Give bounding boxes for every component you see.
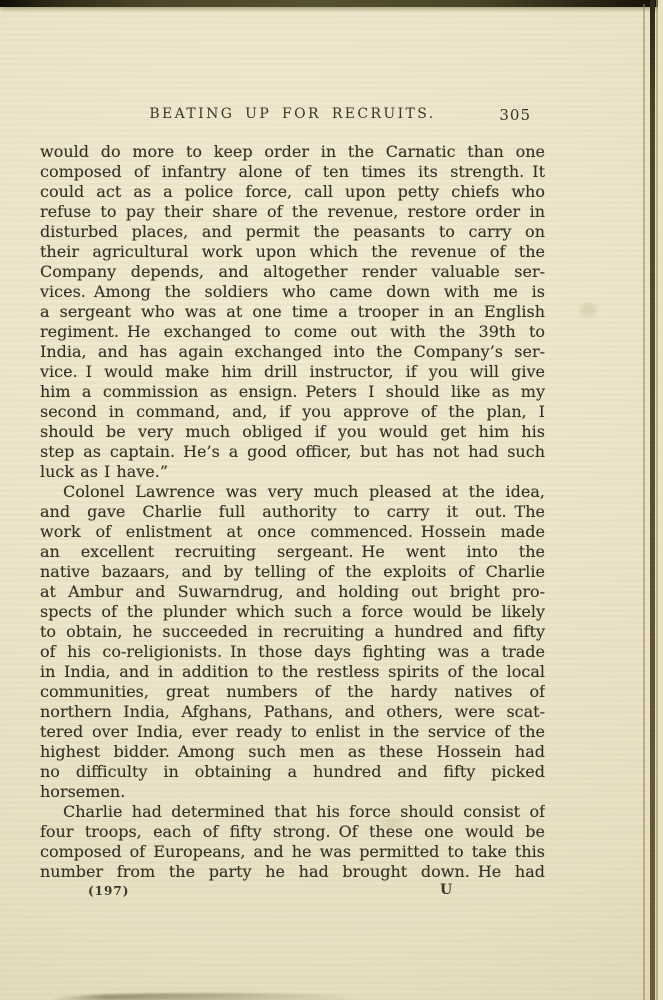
text-line: at Ambur and Suwarndrug, and holding out… bbox=[40, 582, 545, 602]
text-line: in India, and in addition to the restles… bbox=[40, 662, 545, 682]
text-line: would do more to keep order in the Carna… bbox=[40, 142, 545, 162]
book-top-edge bbox=[0, 0, 663, 7]
text-line: tered over India, ever ready to enlist i… bbox=[40, 722, 545, 742]
text-line: work of enlistment at once commenced. Ho… bbox=[40, 522, 545, 542]
text-line: northern India, Afghans, Pathans, and ot… bbox=[40, 702, 545, 722]
text-line: Colonel Lawrence was very much pleased a… bbox=[40, 482, 545, 502]
page-edge-strip bbox=[658, 0, 663, 1000]
paper-stain bbox=[580, 303, 596, 317]
text-line: him a commission as ensign. Peters I sho… bbox=[40, 382, 545, 402]
text-line: communities, great numbers of the hardy … bbox=[40, 682, 545, 702]
text-line: horsemen. bbox=[40, 782, 545, 802]
text-line: of his co-religionists. In those days fi… bbox=[40, 642, 545, 662]
text-line: luck as I have.” bbox=[40, 462, 545, 482]
text-line: Charlie had determined that his force sh… bbox=[40, 802, 545, 822]
page-edge-line bbox=[643, 4, 645, 1000]
text-line: India, and has again exchanged into the … bbox=[40, 342, 545, 362]
text-line: number from the party he had brought dow… bbox=[40, 862, 545, 882]
text-line: second in command, and, if you approve o… bbox=[40, 402, 545, 422]
page-edge-line bbox=[650, 0, 655, 1000]
running-header: BEATING UP FOR RECRUITS. 305 bbox=[40, 106, 545, 126]
page-footer: (197) U bbox=[40, 882, 545, 902]
text-line: refuse to pay their share of the revenue… bbox=[40, 202, 545, 222]
scanned-book-page: BEATING UP FOR RECRUITS. 305 would do mo… bbox=[0, 0, 663, 1000]
text-line: should be very much obliged if you would… bbox=[40, 422, 545, 442]
text-line: composed of Europeans, and he was permit… bbox=[40, 842, 545, 862]
text-line: highest bidder. Among such men as these … bbox=[40, 742, 545, 762]
header-title: BEATING UP FOR RECRUITS. bbox=[40, 106, 545, 122]
text-line: four troops, each of fifty strong. Of th… bbox=[40, 822, 545, 842]
text-line: step as captain. He’s a good officer, bu… bbox=[40, 442, 545, 462]
text-line: regiment. He exchanged to come out with … bbox=[40, 322, 545, 342]
text-line: native bazaars, and by telling of the ex… bbox=[40, 562, 545, 582]
text-line: composed of infantry alone of ten times … bbox=[40, 162, 545, 182]
text-line: a sergeant who was at one time a trooper… bbox=[40, 302, 545, 322]
printer-signature: (197) bbox=[88, 884, 129, 898]
signature-press-mark: U bbox=[440, 882, 452, 898]
page-number: 305 bbox=[499, 106, 531, 124]
page-bottom-shadow bbox=[48, 993, 368, 1000]
text-line: could act as a police force, call upon p… bbox=[40, 182, 545, 202]
text-line: their agricultural work upon which the r… bbox=[40, 242, 545, 262]
text-line: disturbed places, and permit the peasant… bbox=[40, 222, 545, 242]
page-body: would do more to keep order in the Carna… bbox=[40, 142, 545, 882]
text-line: and gave Charlie full authority to carry… bbox=[40, 502, 545, 522]
text-line: vices. Among the soldiers who came down … bbox=[40, 282, 545, 302]
text-line: no difficulty in obtaining a hundred and… bbox=[40, 762, 545, 782]
text-line: spects of the plunder which such a force… bbox=[40, 602, 545, 622]
text-line: vice. I would make him drill instructor,… bbox=[40, 362, 545, 382]
text-line: Company depends, and altogether render v… bbox=[40, 262, 545, 282]
text-line: an excellent recruiting sergeant. He wen… bbox=[40, 542, 545, 562]
text-line: to obtain, he succeeded in recruiting a … bbox=[40, 622, 545, 642]
